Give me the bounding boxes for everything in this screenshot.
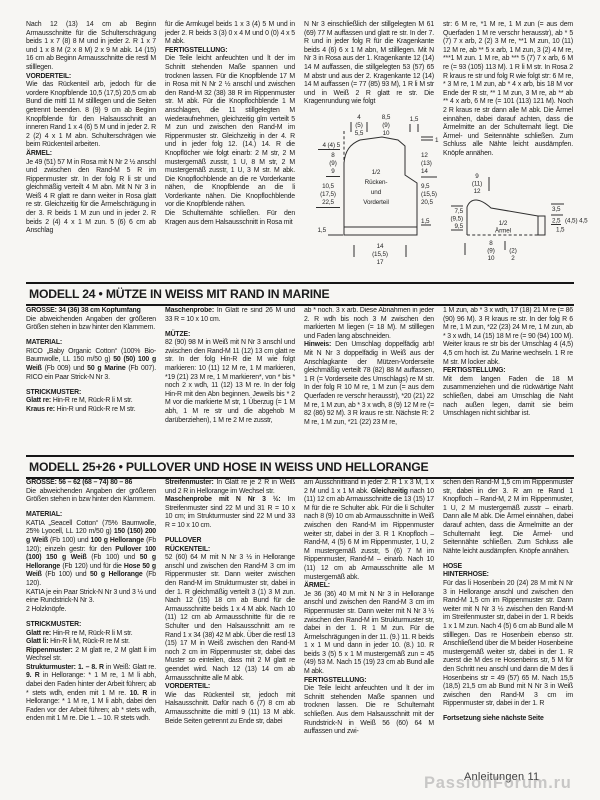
paragraph: Strukturmuster: 1. – 8. R in Weiß: Glatt… bbox=[26, 664, 156, 724]
schematic-piece-label: Rücken- bbox=[365, 179, 388, 186]
paragraph: PULLOVER bbox=[165, 537, 295, 546]
paragraph: VORDERTEIL: bbox=[26, 73, 156, 82]
measurement-label: 9 bbox=[475, 173, 479, 180]
measurement-label: 17 bbox=[377, 259, 384, 266]
schematic-piece-label: Vorderteil bbox=[363, 199, 389, 206]
paragraph: 82 (90) 98 M in Weiß mit N Nr 3 anschl u… bbox=[165, 339, 295, 425]
measurement-label: (9) bbox=[382, 122, 389, 129]
column-3: ab * noch. 3 x arb. Diese Abnahmen in je… bbox=[304, 307, 434, 453]
paragraph: Die abweichenden Angaben der größeren Gr… bbox=[26, 316, 156, 333]
measurement-label: 8,5 bbox=[382, 114, 391, 121]
schematic-piece-label: 1/2 bbox=[499, 220, 508, 227]
paragraph: KATIA je ein Paar Strick-N Nr 3 und 3 ½ … bbox=[26, 589, 156, 606]
paragraph: Die Teile leicht anfeuchten und lt der i… bbox=[304, 685, 434, 737]
schematic-piece-label: 1/2 bbox=[372, 169, 381, 176]
measurement-label: 22,5 bbox=[322, 199, 334, 206]
measurement-label: 14 bbox=[421, 168, 428, 175]
paragraph: Die abweichenden Angaben der größeren Gr… bbox=[26, 488, 156, 505]
paragraph: MATERIAL: bbox=[26, 511, 156, 520]
paragraph: am Ausschnittrand in jeder 2. R 1 x 3 M,… bbox=[304, 479, 434, 582]
measurement-label: (9,5) bbox=[451, 215, 463, 222]
paragraph: Je 49 (51) 57 M in Rosa mit N Nr 2 ½ ans… bbox=[26, 159, 156, 236]
measurement-label: 7,5 bbox=[455, 208, 464, 215]
measurement-label: 1,5 bbox=[556, 226, 565, 233]
column-2: Streifenmuster: In Glatt re je 2 R in We… bbox=[165, 479, 295, 767]
paragraph: Je 36 (36) 40 M mit N Nr 3 in Hellorange… bbox=[304, 591, 434, 677]
measurement-label: 8 bbox=[331, 152, 335, 159]
measurement-label: 10 bbox=[488, 255, 495, 262]
paragraph: Glatt li: Hin-R li M, Rück-R re M str. bbox=[26, 638, 156, 647]
paragraph: Hinweis: Den Umschlag doppelfädig arb! M… bbox=[304, 341, 434, 427]
paragraph: MATERIAL: bbox=[26, 339, 156, 348]
measurement-label: (15,5) bbox=[372, 251, 388, 258]
paragraph: Nach 12 (13) 14 cm ab Beginn Armausschni… bbox=[26, 21, 156, 73]
measurement-label: (13) bbox=[421, 160, 432, 167]
column-4: schen den Rand-M 1,5 cm im Rippenmuster … bbox=[443, 479, 573, 767]
measurement-label: 2,5 bbox=[552, 217, 561, 224]
magazine-page: { "colors":{"page-bg":"#f7f6f3","ink":"#… bbox=[0, 0, 600, 800]
paragraph: für die Armkugel beids 1 x 3 (4) 5 M und… bbox=[165, 21, 295, 47]
paragraph: schen den Rand-M 1,5 cm im Rippenmuster … bbox=[443, 479, 573, 556]
paragraph: FERTIGSTELLUNG: bbox=[304, 677, 434, 686]
measurement-label: (4,5) 4,5 bbox=[565, 217, 588, 224]
paragraph: Mit dem langen Faden die 18 M zusammenzi… bbox=[443, 376, 573, 419]
measurement-label: 1,5 bbox=[410, 116, 419, 123]
measurement-label: 9,5 bbox=[421, 183, 430, 190]
paragraph: ÄRMEL: bbox=[26, 150, 156, 159]
column-2: Maschenprobe: In Glatt re sind 26 M und … bbox=[165, 307, 295, 453]
paragraph: HINTERHOSE: bbox=[443, 571, 573, 580]
paragraph: ÄRMEL: bbox=[304, 582, 434, 591]
sleeve-schematic: 9 (11) 12 7,5 (9,5) 9,5 3,5 2,5 (4,5) 4,… bbox=[447, 169, 595, 263]
measurement-label: 1,5 bbox=[421, 218, 430, 225]
paragraph: KATIA „Seacell Cotton“ (75% Baumwolle, 2… bbox=[26, 520, 156, 589]
paragraph: GRÖSSE: 56 – 62 (68 – 74) 80 – 86 bbox=[26, 479, 156, 488]
measurement-label: 12 bbox=[474, 188, 481, 195]
column-3-text: N Nr 3 einschließlich der stillgelegten … bbox=[304, 21, 434, 107]
paragraph: FERTIGSTELLUNG: bbox=[443, 367, 573, 376]
schematic-piece-label: und bbox=[371, 189, 382, 196]
paragraph: Für das li Hosenbein 20 (24) 28 M mit N … bbox=[443, 580, 573, 709]
paragraph: FERTIGSTELLUNG: bbox=[165, 47, 295, 56]
measurement-label: 5,5 bbox=[355, 130, 364, 137]
paragraph: RICO „Baby Organic Cotton“ (100% Bio-Bau… bbox=[26, 348, 156, 382]
paragraph: VORDERTEIL: bbox=[165, 683, 295, 692]
paragraph: str: 6 M re, *1 M re, 1 M zun (= aus dem… bbox=[443, 21, 573, 159]
paragraph: Rippenmuster: 2 M glatt re, 2 M glatt li… bbox=[26, 647, 156, 664]
paragraph: HOSE bbox=[443, 563, 573, 572]
paragraph: N Nr 3 einschließlich der stillgelegten … bbox=[304, 21, 434, 107]
paragraph: Wie das Rückenteil str, jedoch mit Halsa… bbox=[165, 692, 295, 726]
paragraph: Glatt re: Hin-R re M, Rück-R li M str. bbox=[26, 630, 156, 639]
measurement-label: 14 bbox=[377, 243, 384, 250]
body-schematic: 4 (5) 5,5 8,5 (9) 10 1,5 4 (4) 5 8 (9) 9… bbox=[298, 111, 440, 269]
paragraph: Kraus re: Hin-R und Rück-R re M str. bbox=[26, 406, 156, 415]
paragraph: Die Teile leicht anfeuchten und lt der i… bbox=[165, 55, 295, 210]
column-4: str: 6 M re, *1 M re, 1 M zun (= aus dem… bbox=[443, 21, 573, 281]
paragraph: Wie das Rückenteil arb, jedoch für die v… bbox=[26, 81, 156, 150]
watermark: PassionForum.ru bbox=[424, 774, 572, 793]
column-1: GRÖSSE: 56 – 62 (68 – 74) 80 – 86Die abw… bbox=[26, 479, 156, 767]
measurement-label: 12 bbox=[421, 152, 428, 159]
measurement-label: (15,5) bbox=[421, 191, 437, 198]
paragraph: Maschenprobe mit N Nr 3 ½: Im Streifenmu… bbox=[165, 496, 295, 530]
paragraph: Glatt re: Hin-R re M, Rück-R li M str. bbox=[26, 397, 156, 406]
paragraph: Streifenmuster: In Glatt re je 2 R in We… bbox=[165, 479, 295, 496]
section-continuation-previous-model: Nach 12 (13) 14 cm ab Beginn Armausschni… bbox=[26, 21, 574, 281]
model25-title: MODELL 25+26 • PULLOVER UND HOSE IN WEIS… bbox=[29, 460, 429, 474]
section-model24: GRÖSSE: 34 (36) 38 cm KopfumfangDie abwe… bbox=[26, 307, 574, 453]
paragraph: 2 Holzknöpfe. bbox=[26, 606, 156, 615]
measurement-label: 9 bbox=[331, 168, 335, 175]
paragraph: STRICKMUSTER: bbox=[26, 389, 156, 398]
paragraph: Maschenprobe: In Glatt re sind 26 M und … bbox=[165, 307, 295, 324]
column-4-text: str: 6 M re, *1 M re, 1 M zun (= aus dem… bbox=[443, 21, 573, 159]
paragraph: Die Schulternähte schließen. Für den Kra… bbox=[165, 210, 295, 227]
measurement-label: 8 bbox=[489, 240, 493, 247]
section-model25-26: GRÖSSE: 56 – 62 (68 – 74) 80 – 86Die abw… bbox=[26, 479, 574, 767]
schematic-piece-label: Ärmel bbox=[495, 226, 511, 234]
measurement-label: 2 bbox=[511, 255, 515, 262]
measurement-label: 4 (4) 5 bbox=[323, 142, 341, 149]
paragraph: 1 M zun, ab * 3 x wdh, 17 (18) 21 M re (… bbox=[443, 307, 573, 367]
paragraph: 52 (60) 64 M mit N Nr 3 ½ in Hellorange … bbox=[165, 554, 295, 683]
schematic-outline bbox=[451, 177, 564, 255]
measurement-label: (2) bbox=[509, 247, 516, 254]
paragraph: RÜCKENTEIL: bbox=[165, 546, 295, 555]
measurement-label: 9,5 bbox=[455, 223, 464, 230]
paragraph: STRICKMUSTER: bbox=[26, 621, 156, 630]
measurement-label: (9) bbox=[487, 247, 494, 254]
model24-header: MODELL 24 • MÜTZE IN WEISS MIT RAND IN M… bbox=[26, 282, 574, 306]
paragraph: MÜTZE: bbox=[165, 331, 295, 340]
measurement-label: 10,5 bbox=[322, 183, 334, 190]
measurement-label: (11) bbox=[472, 180, 482, 187]
measurement-label: 20,5 bbox=[421, 199, 433, 206]
measurement-label: 3,5 bbox=[552, 206, 561, 213]
paragraph: Fortsetzung siehe nächste Seite bbox=[443, 715, 573, 724]
model24-title: MODELL 24 • MÜTZE IN WEISS MIT RAND IN M… bbox=[29, 287, 329, 301]
measurement-label: 1 bbox=[435, 137, 439, 144]
column-4: 1 M zun, ab * 3 x wdh, 17 (18) 21 M re (… bbox=[443, 307, 573, 453]
measurement-label: 10 bbox=[383, 130, 390, 137]
paragraph: GRÖSSE: 34 (36) 38 cm Kopfumfang bbox=[26, 307, 156, 316]
column-1: GRÖSSE: 34 (36) 38 cm KopfumfangDie abwe… bbox=[26, 307, 156, 453]
column-1: Nach 12 (13) 14 cm ab Beginn Armausschni… bbox=[26, 21, 156, 281]
measurement-label: (9) bbox=[329, 160, 336, 167]
measurement-label: (17,5) bbox=[320, 191, 336, 198]
measurement-label: (5) bbox=[355, 122, 362, 129]
measurement-label: 4 bbox=[357, 114, 361, 121]
column-3: am Ausschnittrand in jeder 2. R 1 x 3 M,… bbox=[304, 479, 434, 767]
model25-header: MODELL 25+26 • PULLOVER UND HOSE IN WEIS… bbox=[26, 455, 574, 479]
paragraph: ab * noch. 3 x arb. Diese Abnahmen in je… bbox=[304, 307, 434, 341]
column-3: N Nr 3 einschließlich der stillgelegten … bbox=[304, 21, 434, 281]
measurement-label: 1,5 bbox=[318, 227, 327, 234]
column-2: für die Armkugel beids 1 x 3 (4) 5 M und… bbox=[165, 21, 295, 281]
